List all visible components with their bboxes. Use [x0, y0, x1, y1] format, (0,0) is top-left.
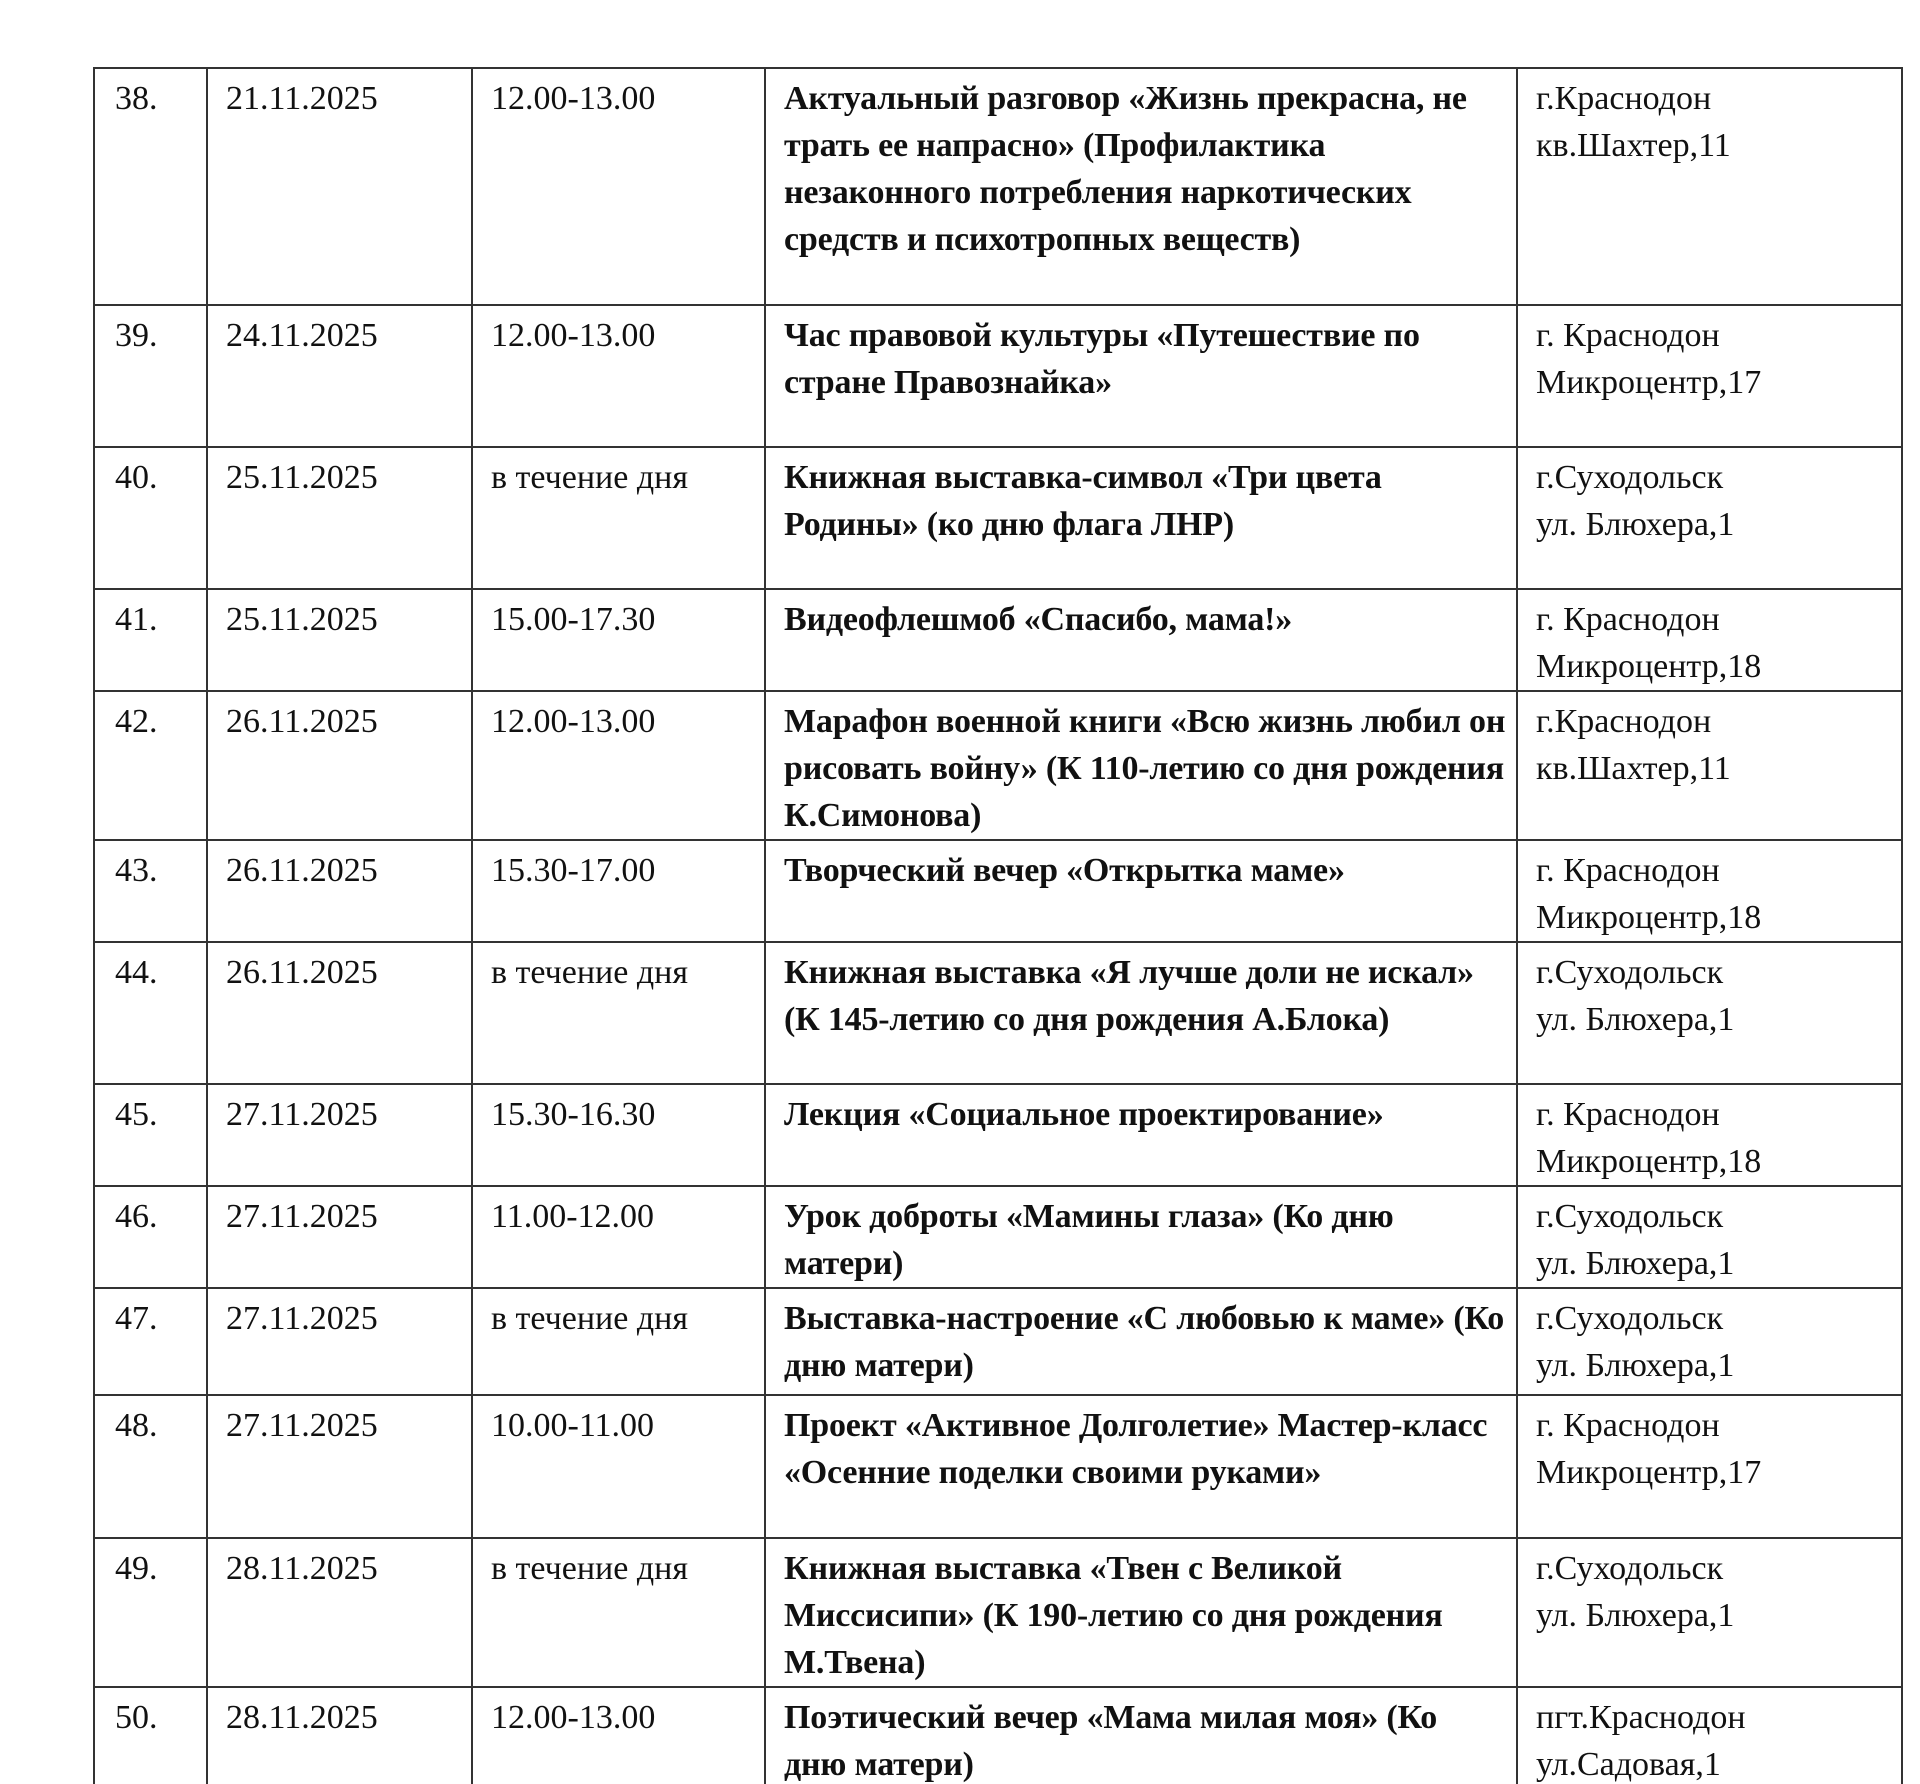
event-title: Лекция «Социальное проектирование» — [765, 1084, 1517, 1186]
schedule-body: 38.21.11.202512.00-13.00Актуальный разго… — [94, 68, 1902, 1784]
event-time: 10.00-11.00 — [472, 1395, 765, 1538]
event-title: Проект «Активное Долголетие» Мастер-клас… — [765, 1395, 1517, 1538]
row-number: 42. — [94, 691, 207, 840]
event-date: 27.11.2025 — [207, 1084, 472, 1186]
table-row: 45.27.11.202515.30-16.30Лекция «Социальн… — [94, 1084, 1902, 1186]
event-location: пгт.Краснодон ул.Садовая,1 — [1517, 1687, 1902, 1784]
event-time: в течение дня — [472, 1538, 765, 1687]
table-row: 47.27.11.2025в течение дняВыставка-настр… — [94, 1288, 1902, 1395]
event-date: 27.11.2025 — [207, 1186, 472, 1288]
event-location: г.Краснодон кв.Шахтер,11 — [1517, 68, 1902, 305]
event-time: в течение дня — [472, 447, 765, 589]
table-row: 43.26.11.202515.30-17.00Творческий вечер… — [94, 840, 1902, 942]
row-number: 38. — [94, 68, 207, 305]
events-schedule-table: 38.21.11.202512.00-13.00Актуальный разго… — [93, 67, 1903, 1784]
table-row: 46.27.11.202511.00-12.00Урок доброты «Ма… — [94, 1186, 1902, 1288]
event-title: Урок доброты «Мамины глаза» (Ко дню мате… — [765, 1186, 1517, 1288]
event-time: 12.00-13.00 — [472, 305, 765, 447]
table-row: 39.24.11.202512.00-13.00Час правовой кул… — [94, 305, 1902, 447]
table-row: 38.21.11.202512.00-13.00Актуальный разго… — [94, 68, 1902, 305]
event-title: Марафон военной книги «Всю жизнь любил о… — [765, 691, 1517, 840]
event-location: г.Краснодон кв.Шахтер,11 — [1517, 691, 1902, 840]
event-title: Выставка-настроение «С любовью к маме» (… — [765, 1288, 1517, 1395]
event-location: г. Краснодон Микроцентр,17 — [1517, 1395, 1902, 1538]
event-time: 12.00-13.00 — [472, 1687, 765, 1784]
event-title: Творческий вечер «Открытка маме» — [765, 840, 1517, 942]
event-time: 15.30-16.30 — [472, 1084, 765, 1186]
event-date: 25.11.2025 — [207, 589, 472, 691]
row-number: 41. — [94, 589, 207, 691]
row-number: 39. — [94, 305, 207, 447]
row-number: 46. — [94, 1186, 207, 1288]
event-location: г.Суходольск ул. Блюхера,1 — [1517, 942, 1902, 1084]
row-number: 50. — [94, 1687, 207, 1784]
event-location: г. Краснодон Микроцентр,18 — [1517, 840, 1902, 942]
event-time: в течение дня — [472, 1288, 765, 1395]
event-date: 28.11.2025 — [207, 1538, 472, 1687]
table-row: 50.28.11.202512.00-13.00Поэтический вече… — [94, 1687, 1902, 1784]
event-location: г. Краснодон Микроцентр,18 — [1517, 1084, 1902, 1186]
table-row: 41.25.11.202515.00-17.30Видеофлешмоб «Сп… — [94, 589, 1902, 691]
row-number: 44. — [94, 942, 207, 1084]
row-number: 45. — [94, 1084, 207, 1186]
event-location: г.Суходольск ул. Блюхера,1 — [1517, 447, 1902, 589]
event-time: 15.00-17.30 — [472, 589, 765, 691]
event-date: 26.11.2025 — [207, 691, 472, 840]
row-number: 47. — [94, 1288, 207, 1395]
event-time: 15.30-17.00 — [472, 840, 765, 942]
table-row: 40.25.11.2025в течение дняКнижная выстав… — [94, 447, 1902, 589]
event-date: 26.11.2025 — [207, 840, 472, 942]
event-time: 12.00-13.00 — [472, 68, 765, 305]
event-title: Поэтический вечер «Мама милая моя» (Ко д… — [765, 1687, 1517, 1784]
event-location: г. Краснодон Микроцентр,18 — [1517, 589, 1902, 691]
event-date: 28.11.2025 — [207, 1687, 472, 1784]
event-title: Час правовой культуры «Путешествие по ст… — [765, 305, 1517, 447]
event-date: 21.11.2025 — [207, 68, 472, 305]
row-number: 40. — [94, 447, 207, 589]
table-row: 48.27.11.202510.00-11.00Проект «Активное… — [94, 1395, 1902, 1538]
event-title: Книжная выставка «Твен с Великой Миссиси… — [765, 1538, 1517, 1687]
row-number: 43. — [94, 840, 207, 942]
event-location: г.Суходольск ул. Блюхера,1 — [1517, 1288, 1902, 1395]
event-date: 27.11.2025 — [207, 1288, 472, 1395]
row-number: 49. — [94, 1538, 207, 1687]
event-date: 26.11.2025 — [207, 942, 472, 1084]
event-time: в течение дня — [472, 942, 765, 1084]
event-date: 24.11.2025 — [207, 305, 472, 447]
event-time: 12.00-13.00 — [472, 691, 765, 840]
table-row: 49.28.11.2025в течение дняКнижная выстав… — [94, 1538, 1902, 1687]
event-time: 11.00-12.00 — [472, 1186, 765, 1288]
event-location: г. Краснодон Микроцентр,17 — [1517, 305, 1902, 447]
event-title: Видеофлешмоб «Спасибо, мама!» — [765, 589, 1517, 691]
event-title: Актуальный разговор «Жизнь прекрасна, не… — [765, 68, 1517, 305]
event-date: 25.11.2025 — [207, 447, 472, 589]
event-location: г.Суходольск ул. Блюхера,1 — [1517, 1186, 1902, 1288]
event-location: г.Суходольск ул. Блюхера,1 — [1517, 1538, 1902, 1687]
table-row: 42.26.11.202512.00-13.00Марафон военной … — [94, 691, 1902, 840]
row-number: 48. — [94, 1395, 207, 1538]
table-row: 44.26.11.2025в течение дняКнижная выстав… — [94, 942, 1902, 1084]
event-title: Книжная выставка-символ «Три цвета Родин… — [765, 447, 1517, 589]
event-date: 27.11.2025 — [207, 1395, 472, 1538]
event-title: Книжная выставка «Я лучше доли не искал»… — [765, 942, 1517, 1084]
